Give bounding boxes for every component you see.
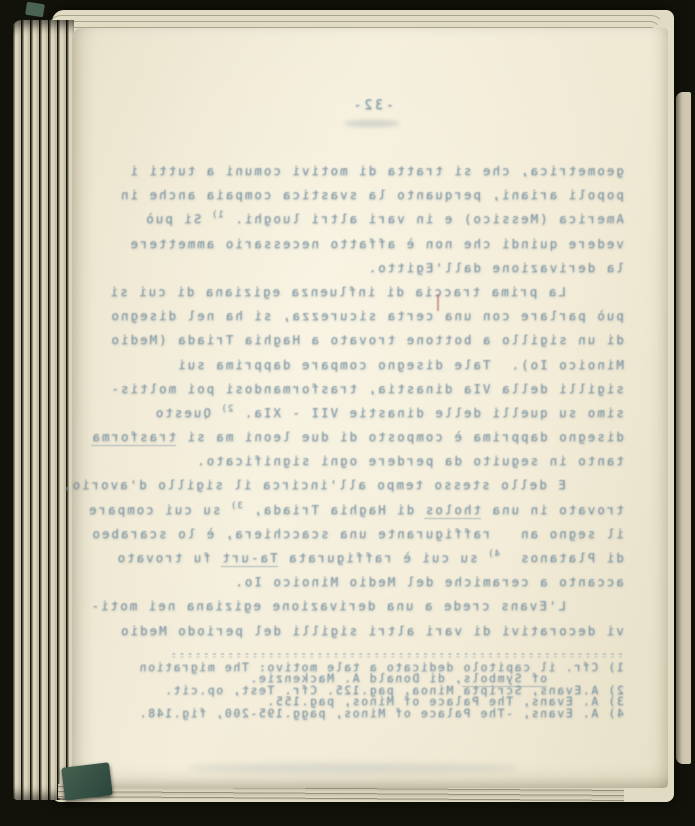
typescript-line: vedere quindi che non è affatto necessar… xyxy=(90,232,624,256)
typescript-line: geometrica, che si tratta di motivi comu… xyxy=(90,159,624,183)
footnote-reference: 2) xyxy=(221,404,234,414)
text-segment: vedere quindi che non è affatto necessar… xyxy=(129,236,624,251)
typescript-line: trovato in una tholos di Haghia Triada, … xyxy=(90,498,624,522)
book-page: -32- geometrica, che si tratta di motivi… xyxy=(72,28,668,788)
text-segment: di un sigillo a bottone trovato a Haghia… xyxy=(110,332,624,347)
right-page-edge xyxy=(676,92,691,764)
typescript-line: tanto in seguito da perdere ogni signifi… xyxy=(90,449,624,473)
fore-edge-page-stack xyxy=(12,20,74,800)
text-segment: il segno an raffigurante una scacchiera,… xyxy=(91,526,624,541)
text-segment: su cui compare xyxy=(87,502,230,517)
scanned-book-photo: -32- geometrica, che si tratta di motivi… xyxy=(0,0,695,826)
bleedthrough-text-layer: -32- geometrica, che si tratta di motivi… xyxy=(72,28,668,788)
text-segment: popoli ariani, perquanto la svastica com… xyxy=(119,187,624,202)
text-segment: Questo xyxy=(154,405,221,420)
text-segment: su cui è raffigurata xyxy=(278,550,488,565)
text-segment: tholos xyxy=(424,502,481,519)
footnote-separator: ----------------------------------------… xyxy=(169,646,624,660)
footnote-reference: 4) xyxy=(487,549,500,559)
typescript-line: accanto a ceramiche del Medio Minoico Io… xyxy=(90,570,624,594)
text-segment: vi decorativi di vari altri sigilli del … xyxy=(119,623,624,638)
text-segment: simo su quelli delle dinastie VII - XIa. xyxy=(233,405,624,420)
typescript-line: il segno an raffigurante una scacchiera,… xyxy=(90,522,624,546)
typescript-line: L'Evans crede a una derivazione egiziana… xyxy=(90,594,624,618)
typescript-line: E dello stesso tempo all'incirca il sigi… xyxy=(90,473,624,497)
typescript-line: La prima traccia di influenza egiziana d… xyxy=(90,280,624,304)
typescript-line: di Platanos 4) su cui è raffigurata Ta-u… xyxy=(90,546,624,570)
deep-bleedthrough-smudge xyxy=(188,763,518,773)
text-segment: può parlare con una certa sicurezza, si … xyxy=(110,308,624,323)
typescript-line: vi decorativi di vari altri sigilli del … xyxy=(90,619,624,643)
text-segment: accanto a ceramiche del Medio Minoico Io… xyxy=(233,574,624,589)
typescript-line: Minoico Io). Tale disegno compare dappri… xyxy=(90,353,624,377)
typescript-line: simo su quelli delle dinastie VII - XIa.… xyxy=(90,401,624,425)
typescript-line: disegno dapprima è composto di due leoni… xyxy=(90,425,624,449)
typescript-line: America (Messico) e in vari altri luoghi… xyxy=(90,207,624,231)
text-segment: Si può xyxy=(144,211,211,226)
typescript-line: di un sigillo a bottone trovato a Haghia… xyxy=(90,328,624,352)
ink-smudge xyxy=(344,120,400,127)
text-segment: geometrica, che si tratta di motivi comu… xyxy=(129,163,624,178)
text-segment: Minoico Io). Tale disegno compare dappri… xyxy=(176,357,624,372)
text-segment: di Haghia Triada, xyxy=(243,502,424,517)
typescript-line: può parlare con una certa sicurezza, si … xyxy=(90,304,624,328)
text-segment: disegno dapprima è composto di due leoni… xyxy=(176,429,624,444)
typescript-body: geometrica, che si tratta di motivi comu… xyxy=(90,159,624,643)
typescript-line: sigilli della VIa dinastia, trasformando… xyxy=(90,377,624,401)
text-segment: fu trovato xyxy=(116,550,221,565)
text-segment: La prima traccia di influenza egiziana d… xyxy=(109,284,566,299)
text-segment: trasforma xyxy=(91,429,177,446)
text-segment: tanto in seguito da perdere ogni signifi… xyxy=(195,453,624,468)
text-segment: America (Messico) e in vari altri luoghi… xyxy=(224,211,624,226)
text-segment: trovato in una xyxy=(481,502,624,517)
binding-fragment-top xyxy=(25,2,45,18)
typescript-line: la derivazione dall'Egitto. xyxy=(90,256,624,280)
red-ink-mark xyxy=(437,294,439,311)
text-segment: E dello stesso tempo all'incirca il sigi… xyxy=(61,477,566,492)
text-segment: la derivazione dall'Egitto. xyxy=(367,260,624,275)
typescript-line: popoli ariani, perquanto la svastica com… xyxy=(90,183,624,207)
footnote-block: 1) Cfr. il capitolo dedicato a tale moti… xyxy=(90,662,624,719)
footnote-reference: 3) xyxy=(230,501,243,511)
text-segment: sigilli della VIa dinastia, trasformando… xyxy=(110,381,624,396)
footnote-reference: 1) xyxy=(211,210,224,220)
text-segment: 4) A. Evans, -The Palace of Minos, pagg.… xyxy=(138,706,624,720)
text-segment: Ta-urt xyxy=(221,550,278,567)
footnote-line: 4) A. Evans, -The Palace of Minos, pagg.… xyxy=(90,708,624,719)
text-segment: di Platanos xyxy=(500,550,624,565)
text-segment: L'Evans crede a una derivazione egiziana… xyxy=(90,598,566,613)
page-number: -32- xyxy=(351,98,394,113)
binding-fragment-bottom xyxy=(61,762,113,801)
